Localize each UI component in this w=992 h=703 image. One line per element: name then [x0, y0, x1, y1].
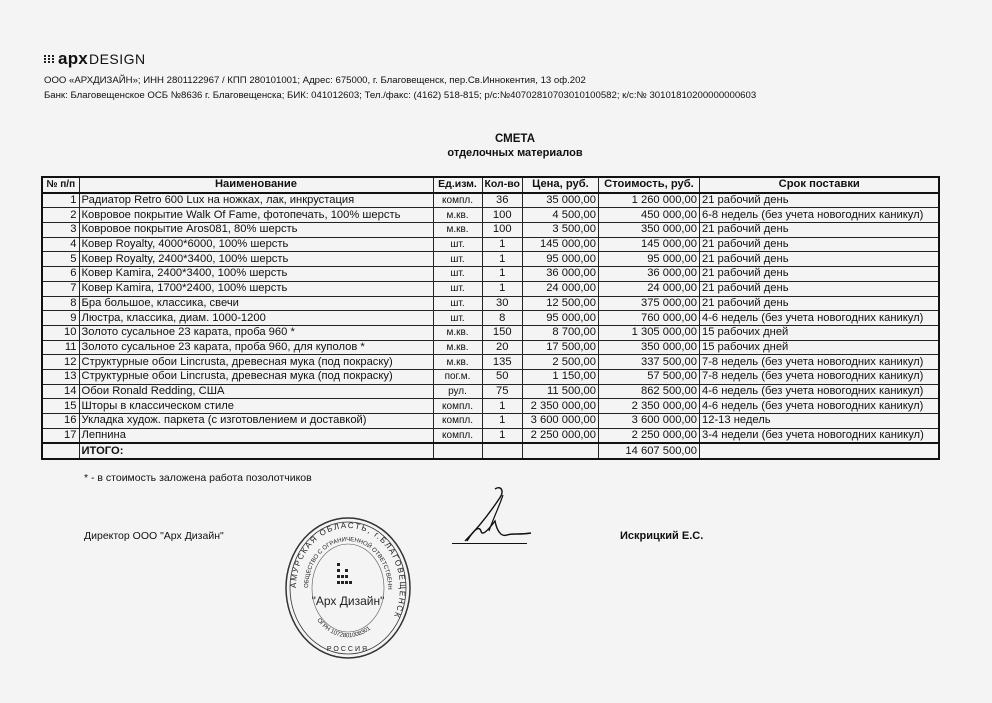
cell-price: 8 700,00 [522, 325, 598, 340]
cell-cost: 145 000,00 [598, 237, 699, 252]
cell-cost: 1 260 000,00 [598, 193, 699, 208]
cell-quantity: 1 [482, 414, 522, 429]
logo-light-text: DESIGN [89, 51, 146, 67]
cell-quantity: 1 [482, 399, 522, 414]
cell-row-number: 12 [42, 355, 79, 370]
cell-row-number: 11 [42, 340, 79, 355]
total-label: ИТОГО: [79, 443, 433, 459]
cell-cost: 2 350 000,00 [598, 399, 699, 414]
cell-item-name: Обои Ronald Redding, США [79, 384, 433, 399]
cell-item-name: Золото сусальное 23 карата, проба 960 * [79, 325, 433, 340]
cell-delivery-term: 15 рабочих дней [699, 340, 939, 355]
cell-quantity: 30 [482, 296, 522, 311]
cell-delivery-term: 6-8 недель (без учета новогодних каникул… [699, 208, 939, 223]
cell-price: 11 500,00 [522, 384, 598, 399]
company-seal-icon: АМУРСКАЯ ОБЛАСТЬ, г.БЛАГОВЕЩЕНСК ОБЩЕСТВ… [283, 513, 413, 663]
footnote: * - в стоимость заложена работа позолотч… [84, 472, 312, 484]
table-row: 1Радиатор Retro 600 Lux на ножках, лак, … [42, 193, 939, 208]
cell-unit: пог.м. [433, 369, 482, 384]
cell-row-number: 1 [42, 193, 79, 208]
cell-quantity: 1 [482, 281, 522, 296]
cell-price: 3 600 000,00 [522, 414, 598, 429]
cell-unit: рул. [433, 384, 482, 399]
cell-delivery-term: 3-4 недели (без учета новогодних каникул… [699, 428, 939, 443]
cell-unit: шт. [433, 237, 482, 252]
table-header-row: № п/п Наименование Ед.изм. Кол-во Цена, … [42, 177, 939, 193]
cell-unit: шт. [433, 267, 482, 282]
table-row: 9Люстра, классика, диам. 1000-1200шт.895… [42, 311, 939, 326]
table-row: 15Шторы в классическом стилекомпл.12 350… [42, 399, 939, 414]
cell-price: 36 000,00 [522, 267, 598, 282]
column-header-number: № п/п [42, 177, 79, 193]
cell-unit: компл. [433, 399, 482, 414]
table-row: 10Золото сусальное 23 карата, проба 960 … [42, 325, 939, 340]
cell-quantity: 1 [482, 237, 522, 252]
column-header-quantity: Кол-во [482, 177, 522, 193]
column-header-cost: Стоимость, руб. [598, 177, 699, 193]
cell-unit: м.кв. [433, 208, 482, 223]
cell-delivery-term: 4-6 недель (без учета новогодних каникул… [699, 311, 939, 326]
cell-item-name: Структурные обои Lincrusta, древесная му… [79, 369, 433, 384]
cell-price: 95 000,00 [522, 311, 598, 326]
cell-quantity: 135 [482, 355, 522, 370]
cell-cost: 3 600 000,00 [598, 414, 699, 429]
total-empty [699, 443, 939, 459]
total-empty [482, 443, 522, 459]
total-value: 14 607 500,00 [598, 443, 699, 459]
cell-unit: м.кв. [433, 325, 482, 340]
cell-quantity: 100 [482, 208, 522, 223]
cell-delivery-term: 21 рабочий день [699, 193, 939, 208]
seal-bottom-text: РОССИЯ [327, 646, 369, 653]
table-row: 3Ковровое покрытие Aros081, 80% шерстьм.… [42, 223, 939, 238]
table-row: 17Лепнинакомпл.12 250 000,002 250 000,00… [42, 428, 939, 443]
cell-row-number: 4 [42, 237, 79, 252]
cell-cost: 760 000,00 [598, 311, 699, 326]
column-header-delivery-term: Срок поставки [699, 177, 939, 193]
cell-price: 17 500,00 [522, 340, 598, 355]
cell-row-number: 8 [42, 296, 79, 311]
seal-logo-dots-icon [337, 563, 352, 584]
cell-item-name: Укладка худож. паркета (с изготовлением … [79, 414, 433, 429]
logo-bold-text: арх [58, 49, 88, 69]
cell-cost: 36 000,00 [598, 267, 699, 282]
cell-row-number: 7 [42, 281, 79, 296]
table-row: 4Ковер Royalty, 4000*6000, 100% шерстьшт… [42, 237, 939, 252]
cell-delivery-term: 15 рабочих дней [699, 325, 939, 340]
column-header-unit: Ед.изм. [433, 177, 482, 193]
cell-row-number: 16 [42, 414, 79, 429]
cell-delivery-term: 21 рабочий день [699, 267, 939, 282]
cell-item-name: Ковровое покрытие Walk Of Fame, фотопеча… [79, 208, 433, 223]
company-logo: арх DESIGN [44, 49, 146, 69]
cell-unit: м.кв. [433, 355, 482, 370]
table-row: 5Ковер Royalty, 2400*3400, 100% шерстьшт… [42, 252, 939, 267]
bank-requisites: Банк: Благовещенское ОСБ №8636 г. Благов… [44, 90, 756, 101]
cell-price: 3 500,00 [522, 223, 598, 238]
cell-price: 2 250 000,00 [522, 428, 598, 443]
cell-row-number: 6 [42, 267, 79, 282]
table-row: 8Бра большое, классика, свечишт.3012 500… [42, 296, 939, 311]
cell-cost: 2 250 000,00 [598, 428, 699, 443]
total-empty [42, 443, 79, 459]
cell-price: 1 150,00 [522, 369, 598, 384]
cell-delivery-term: 7-8 недель (без учета новогодних каникул… [699, 369, 939, 384]
cell-unit: шт. [433, 311, 482, 326]
cell-item-name: Лепнина [79, 428, 433, 443]
cell-row-number: 14 [42, 384, 79, 399]
cell-item-name: Ковер Royalty, 4000*6000, 100% шерсть [79, 237, 433, 252]
cell-item-name: Радиатор Retro 600 Lux на ножках, лак, и… [79, 193, 433, 208]
cell-row-number: 3 [42, 223, 79, 238]
cell-delivery-term: 21 рабочий день [699, 296, 939, 311]
cell-quantity: 75 [482, 384, 522, 399]
cell-item-name: Люстра, классика, диам. 1000-1200 [79, 311, 433, 326]
cell-cost: 57 500,00 [598, 369, 699, 384]
cell-price: 24 000,00 [522, 281, 598, 296]
cell-cost: 350 000,00 [598, 223, 699, 238]
cell-delivery-term: 4-6 недель (без учета новогодних каникул… [699, 384, 939, 399]
cell-delivery-term: 21 рабочий день [699, 281, 939, 296]
cell-quantity: 20 [482, 340, 522, 355]
cell-quantity: 50 [482, 369, 522, 384]
estimate-table: № п/п Наименование Ед.изм. Кол-во Цена, … [41, 176, 940, 460]
cell-row-number: 15 [42, 399, 79, 414]
cell-cost: 24 000,00 [598, 281, 699, 296]
cell-cost: 337 500,00 [598, 355, 699, 370]
cell-unit: шт. [433, 252, 482, 267]
cell-delivery-term: 4-6 недель (без учета новогодних каникул… [699, 399, 939, 414]
cell-delivery-term: 21 рабочий день [699, 223, 939, 238]
document-title: СМЕТА [0, 133, 992, 145]
cell-quantity: 8 [482, 311, 522, 326]
total-empty [522, 443, 598, 459]
cell-unit: шт. [433, 281, 482, 296]
cell-price: 95 000,00 [522, 252, 598, 267]
cell-quantity: 1 [482, 252, 522, 267]
table-row: 6Ковер Kamira, 2400*3400, 100% шерстьшт.… [42, 267, 939, 282]
cell-quantity: 150 [482, 325, 522, 340]
cell-cost: 450 000,00 [598, 208, 699, 223]
cell-item-name: Ковер Kamira, 1700*2400, 100% шерсть [79, 281, 433, 296]
table-row: 13Структурные обои Lincrusta, древесная … [42, 369, 939, 384]
cell-row-number: 17 [42, 428, 79, 443]
cell-price: 2 500,00 [522, 355, 598, 370]
cell-row-number: 13 [42, 369, 79, 384]
column-header-price: Цена, руб. [522, 177, 598, 193]
cell-unit: м.кв. [433, 223, 482, 238]
company-requisites: ООО «АРХДИЗАЙН»; ИНН 2801122967 / КПП 28… [44, 75, 586, 86]
cell-cost: 350 000,00 [598, 340, 699, 355]
signature-icon [455, 485, 535, 545]
cell-row-number: 9 [42, 311, 79, 326]
cell-cost: 375 000,00 [598, 296, 699, 311]
logo-dots-icon [44, 55, 55, 63]
total-empty [433, 443, 482, 459]
signer-name: Искрицкий Е.С. [620, 530, 703, 542]
table-row: 7Ковер Kamira, 1700*2400, 100% шерстьшт.… [42, 281, 939, 296]
cell-delivery-term: 7-8 недель (без учета новогодних каникул… [699, 355, 939, 370]
cell-cost: 95 000,00 [598, 252, 699, 267]
cell-unit: м.кв. [433, 340, 482, 355]
cell-unit: шт. [433, 296, 482, 311]
table-row: 14Обои Ronald Redding, СШАрул.7511 500,0… [42, 384, 939, 399]
column-header-name: Наименование [79, 177, 433, 193]
cell-cost: 862 500,00 [598, 384, 699, 399]
table-row: 12Структурные обои Lincrusta, древесная … [42, 355, 939, 370]
director-label: Директор ООО "Арх Дизайн" [84, 530, 224, 542]
document-subtitle: отделочных материалов [0, 147, 992, 159]
cell-price: 35 000,00 [522, 193, 598, 208]
cell-quantity: 100 [482, 223, 522, 238]
table-row: 16Укладка худож. паркета (с изготовление… [42, 414, 939, 429]
cell-row-number: 10 [42, 325, 79, 340]
cell-quantity: 1 [482, 428, 522, 443]
cell-row-number: 2 [42, 208, 79, 223]
cell-delivery-term: 21 рабочий день [699, 252, 939, 267]
cell-item-name: Ковровое покрытие Aros081, 80% шерсть [79, 223, 433, 238]
cell-delivery-term: 12-13 недель [699, 414, 939, 429]
cell-item-name: Структурные обои Lincrusta, древесная му… [79, 355, 433, 370]
cell-item-name: Ковер Royalty, 2400*3400, 100% шерсть [79, 252, 433, 267]
cell-price: 4 500,00 [522, 208, 598, 223]
cell-price: 145 000,00 [522, 237, 598, 252]
cell-unit: компл. [433, 414, 482, 429]
cell-row-number: 5 [42, 252, 79, 267]
seal-center-text: "Арх Дизайн" [312, 594, 385, 608]
cell-cost: 1 305 000,00 [598, 325, 699, 340]
cell-quantity: 36 [482, 193, 522, 208]
cell-delivery-term: 21 рабочий день [699, 237, 939, 252]
cell-item-name: Шторы в классическом стиле [79, 399, 433, 414]
cell-unit: компл. [433, 193, 482, 208]
cell-quantity: 1 [482, 267, 522, 282]
cell-unit: компл. [433, 428, 482, 443]
cell-price: 2 350 000,00 [522, 399, 598, 414]
cell-item-name: Золото сусальное 23 карата, проба 960, д… [79, 340, 433, 355]
table-row: 2Ковровое покрытие Walk Of Fame, фотопеч… [42, 208, 939, 223]
cell-price: 12 500,00 [522, 296, 598, 311]
table-row: 11Золото сусальное 23 карата, проба 960,… [42, 340, 939, 355]
cell-item-name: Ковер Kamira, 2400*3400, 100% шерсть [79, 267, 433, 282]
cell-item-name: Бра большое, классика, свечи [79, 296, 433, 311]
total-row: ИТОГО:14 607 500,00 [42, 443, 939, 459]
